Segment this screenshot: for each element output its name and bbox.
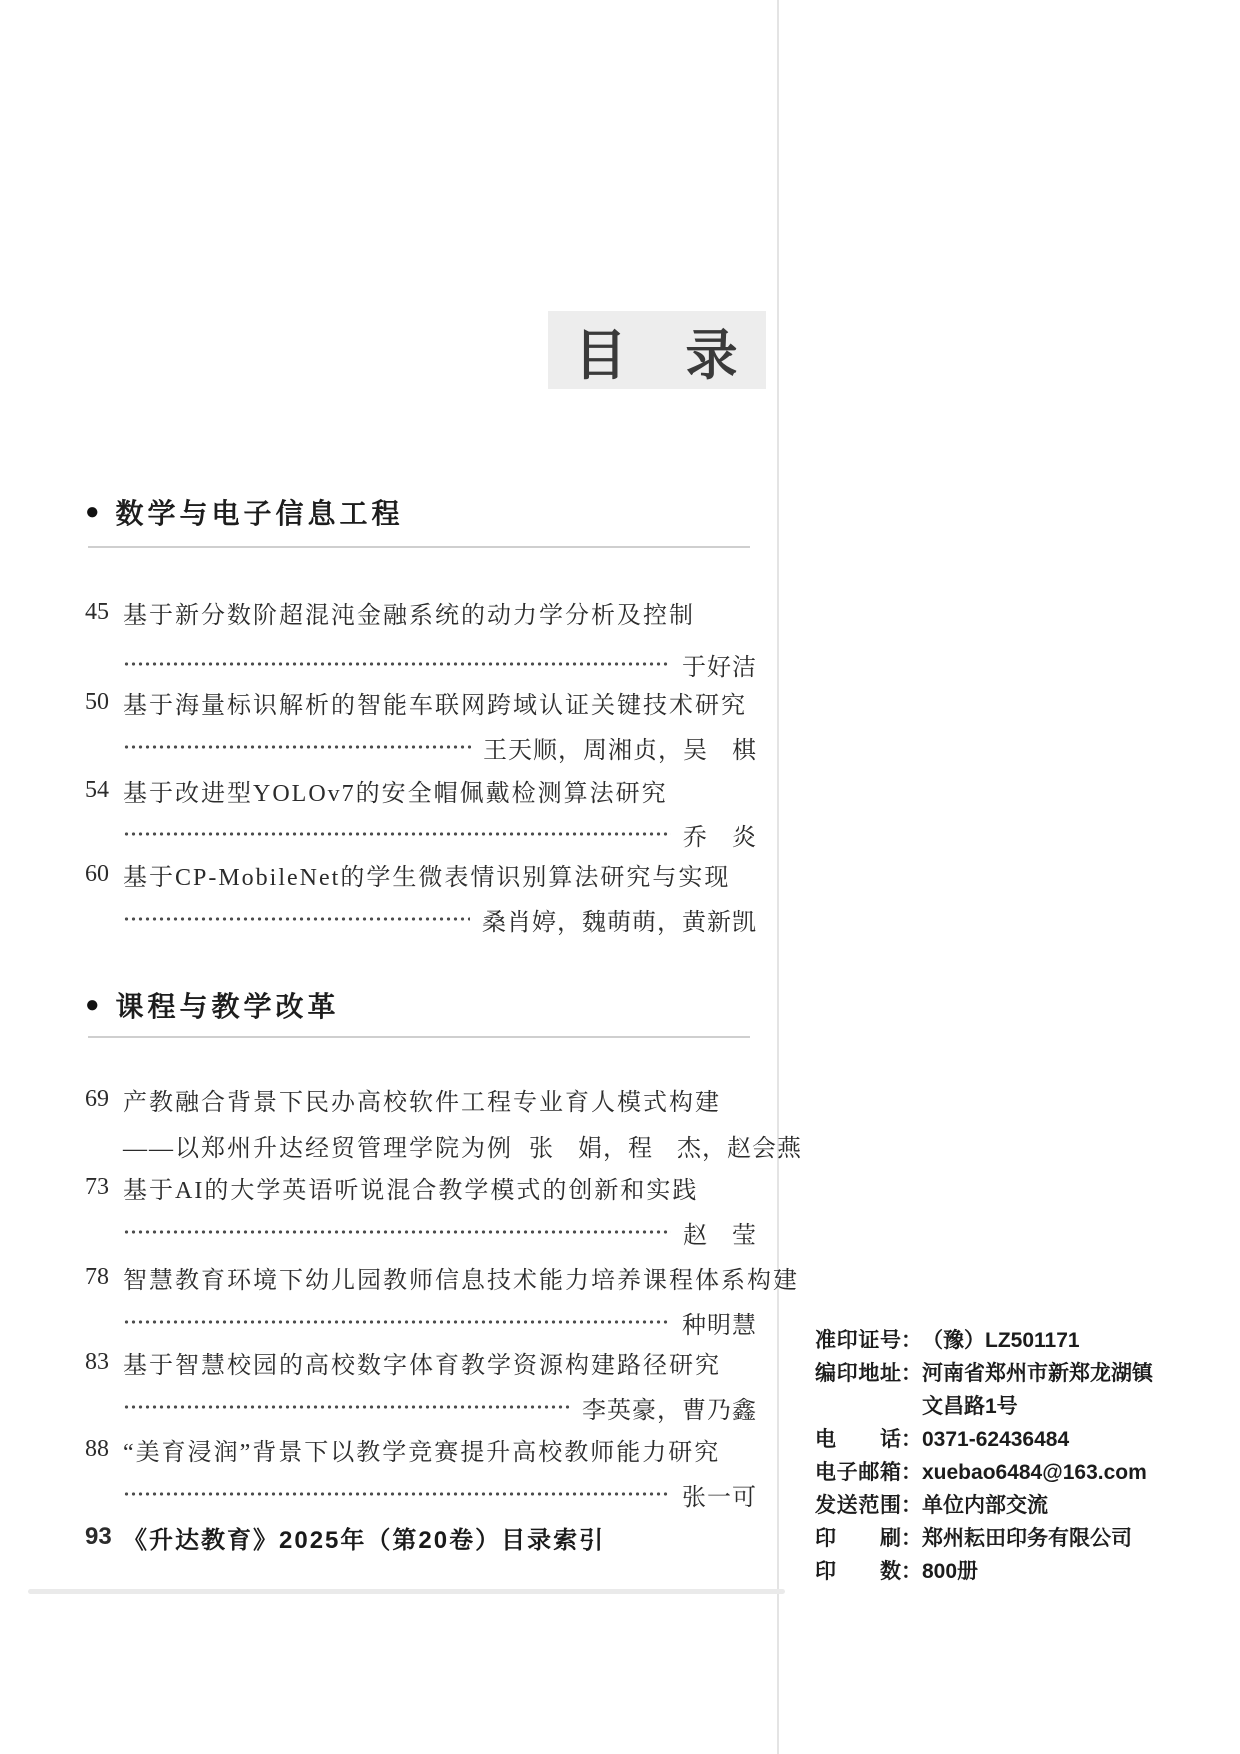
- pub-address-line2: 文昌路1号: [922, 1390, 1225, 1423]
- toc-entry-subtitle-author-line: ——以郑州升达经贸管理学院为例 张 娟，程 杰，赵会燕: [123, 1129, 757, 1161]
- toc-entry-title: 45 基于新分数阶超混沌金融系统的动力学分析及控制: [85, 596, 757, 628]
- toc-entry-author-line: 于好洁: [123, 648, 757, 680]
- toc-entry-title: 54 基于改进型YOLOv7的安全帽佩戴检测算法研究: [85, 774, 757, 806]
- bullet-icon: ●: [85, 993, 100, 1017]
- entry-page-number: 69: [85, 1086, 123, 1113]
- entry-author: 赵 莹: [683, 1215, 757, 1250]
- section-rule: [88, 1036, 750, 1038]
- entry-page-number: 50: [85, 689, 123, 716]
- toc-entry-author-line: 张一可: [123, 1478, 757, 1510]
- entry-page-number: 60: [85, 861, 123, 888]
- pub-colon: ：: [901, 1324, 922, 1357]
- pub-value: 0371-62436484: [922, 1423, 1225, 1456]
- pub-row-license: 准印证号： （豫）LZ501171: [815, 1324, 1225, 1357]
- publication-info: 准印证号： （豫）LZ501171 编印地址： 河南省郑州市新郑龙湖镇 文昌路1…: [815, 1324, 1225, 1588]
- entry-author: 王天顺，周湘贞，吴 棋: [483, 730, 757, 765]
- dot-leader: [123, 1319, 670, 1325]
- toc-entry-title: 73 基于AI的大学英语听说混合教学模式的创新和实践: [85, 1171, 757, 1203]
- pub-row-distribution: 发送范围： 单位内部交流: [815, 1489, 1225, 1522]
- pub-colon: ：: [901, 1489, 922, 1522]
- bullet-icon: ●: [85, 500, 100, 524]
- toc-entry-author-line: 李英豪，曹乃鑫: [123, 1391, 757, 1423]
- pub-value: 郑州耘田印务有限公司: [922, 1522, 1225, 1555]
- column-divider-line: [777, 0, 779, 1754]
- pub-label: 准印证号: [815, 1324, 901, 1357]
- toc-page: 目 录 ● 数学与电子信息工程 45 基于新分数阶超混沌金融系统的动力学分析及控…: [0, 0, 1240, 1754]
- entry-title: 智慧教育环境下幼儿园教师信息技术能力培养课程体系构建: [123, 1260, 799, 1295]
- dot-leader: [123, 744, 471, 750]
- page-title: 目 录: [574, 311, 739, 390]
- toc-entry-title: 60 基于CP-MobileNet的学生微表情识别算法研究与实现: [85, 858, 757, 890]
- entry-subtitle: ——以郑州升达经贸管理学院为例: [123, 1128, 513, 1163]
- entry-title: 基于智慧校园的高校数字体育教学资源构建路径研究: [123, 1345, 721, 1380]
- section-header-teaching-reform: ● 课程与教学改革: [85, 988, 757, 1022]
- entry-page-number: 45: [85, 599, 123, 626]
- section-label: 数学与电子信息工程: [116, 492, 404, 532]
- entry-page-number: 78: [85, 1264, 123, 1291]
- entry-author: 乔 炎: [683, 817, 757, 852]
- pub-value: 河南省郑州市新郑龙湖镇 文昌路1号: [922, 1357, 1225, 1423]
- entry-author: 张 娟，程 杰，赵会燕: [529, 1128, 802, 1163]
- entry-author: 张一可: [682, 1477, 757, 1512]
- pub-colon: ：: [901, 1423, 922, 1456]
- entry-title: “美育浸润”背景下以教学竞赛提升高校教师能力研究: [123, 1432, 720, 1467]
- dot-leader: [123, 916, 470, 922]
- toc-entry-title: 69 产教融合背景下民办高校软件工程专业育人模式构建: [85, 1083, 757, 1115]
- toc-entry-title: 78 智慧教育环境下幼儿园教师信息技术能力培养课程体系构建: [85, 1261, 757, 1293]
- pub-colon: ：: [901, 1522, 922, 1555]
- dot-leader: [123, 661, 670, 667]
- toc-entry-index: 93 《升达教育》2025年（第20卷）目录索引: [85, 1521, 757, 1553]
- pub-row-email: 电子邮箱： xuebao6484@163.com: [815, 1456, 1225, 1489]
- entry-page-number: 54: [85, 777, 123, 804]
- section-rule: [88, 546, 750, 548]
- entry-title: 产教融合背景下民办高校软件工程专业育人模式构建: [123, 1082, 721, 1117]
- entry-page-number: 73: [85, 1174, 123, 1201]
- dot-leader: [123, 831, 671, 837]
- page-title-box: 目 录: [548, 311, 766, 389]
- pub-row-phone: 电话： 0371-62436484: [815, 1423, 1225, 1456]
- toc-entry-title: 83 基于智慧校园的高校数字体育教学资源构建路径研究: [85, 1346, 757, 1378]
- pub-label: 电话: [815, 1423, 901, 1456]
- entry-title: 基于海量标识解析的智能车联网跨域认证关键技术研究: [123, 685, 747, 720]
- toc-entry-author-line: 赵 莹: [123, 1216, 757, 1248]
- entry-author: 于好洁: [682, 647, 757, 682]
- pub-value: 800册: [922, 1555, 1225, 1588]
- pub-colon: ：: [901, 1357, 922, 1390]
- pub-label: 发送范围: [815, 1489, 901, 1522]
- toc-entry-author-line: 乔 炎: [123, 818, 757, 850]
- pub-row-print-count: 印数： 800册: [815, 1555, 1225, 1588]
- entry-author: 桑肖婷，魏萌萌，黄新凯: [482, 902, 757, 937]
- pub-value: （豫）LZ501171: [922, 1324, 1225, 1357]
- toc-entry-author-line: 王天顺，周湘贞，吴 棋: [123, 731, 757, 763]
- pub-row-address: 编印地址： 河南省郑州市新郑龙湖镇 文昌路1号: [815, 1357, 1225, 1423]
- dot-leader: [123, 1491, 670, 1497]
- toc-entry-title: 88 “美育浸润”背景下以教学竞赛提升高校教师能力研究: [85, 1433, 757, 1465]
- entry-page-number: 93: [85, 1523, 123, 1551]
- entry-title: 基于AI的大学英语听说混合教学模式的创新和实践: [123, 1170, 698, 1205]
- toc-entry-author-line: 桑肖婷，魏萌萌，黄新凯: [123, 903, 757, 935]
- dot-leader: [123, 1404, 570, 1410]
- pub-colon: ：: [901, 1555, 922, 1588]
- pub-label: 电子邮箱: [815, 1456, 901, 1489]
- pub-value: xuebao6484@163.com: [922, 1456, 1225, 1489]
- pub-label: 编印地址: [815, 1357, 901, 1390]
- dot-leader: [123, 1229, 671, 1235]
- entry-page-number: 83: [85, 1349, 123, 1376]
- entry-title: 《升达教育》2025年（第20卷）目录索引: [123, 1520, 605, 1555]
- pub-label: 印刷: [815, 1522, 901, 1555]
- entry-page-number: 88: [85, 1436, 123, 1463]
- entry-author: 李英豪，曹乃鑫: [582, 1390, 757, 1425]
- pub-label: 印数: [815, 1555, 901, 1588]
- section-label: 课程与教学改革: [116, 985, 340, 1025]
- pub-address-line1: 河南省郑州市新郑龙湖镇: [922, 1357, 1225, 1390]
- entry-title: 基于CP-MobileNet的学生微表情识别算法研究与实现: [123, 857, 730, 892]
- pub-row-printer: 印刷： 郑州耘田印务有限公司: [815, 1522, 1225, 1555]
- bottom-decoration-bar: [28, 1589, 785, 1594]
- pub-value: 单位内部交流: [922, 1489, 1225, 1522]
- entry-author: 种明慧: [682, 1305, 757, 1340]
- entry-title: 基于新分数阶超混沌金融系统的动力学分析及控制: [123, 595, 695, 630]
- section-header-math-eng: ● 数学与电子信息工程: [85, 495, 757, 529]
- pub-colon: ：: [901, 1456, 922, 1489]
- entry-title: 基于改进型YOLOv7的安全帽佩戴检测算法研究: [123, 773, 668, 808]
- toc-entry-title: 50 基于海量标识解析的智能车联网跨域认证关键技术研究: [85, 686, 757, 718]
- toc-entry-author-line: 种明慧: [123, 1306, 757, 1338]
